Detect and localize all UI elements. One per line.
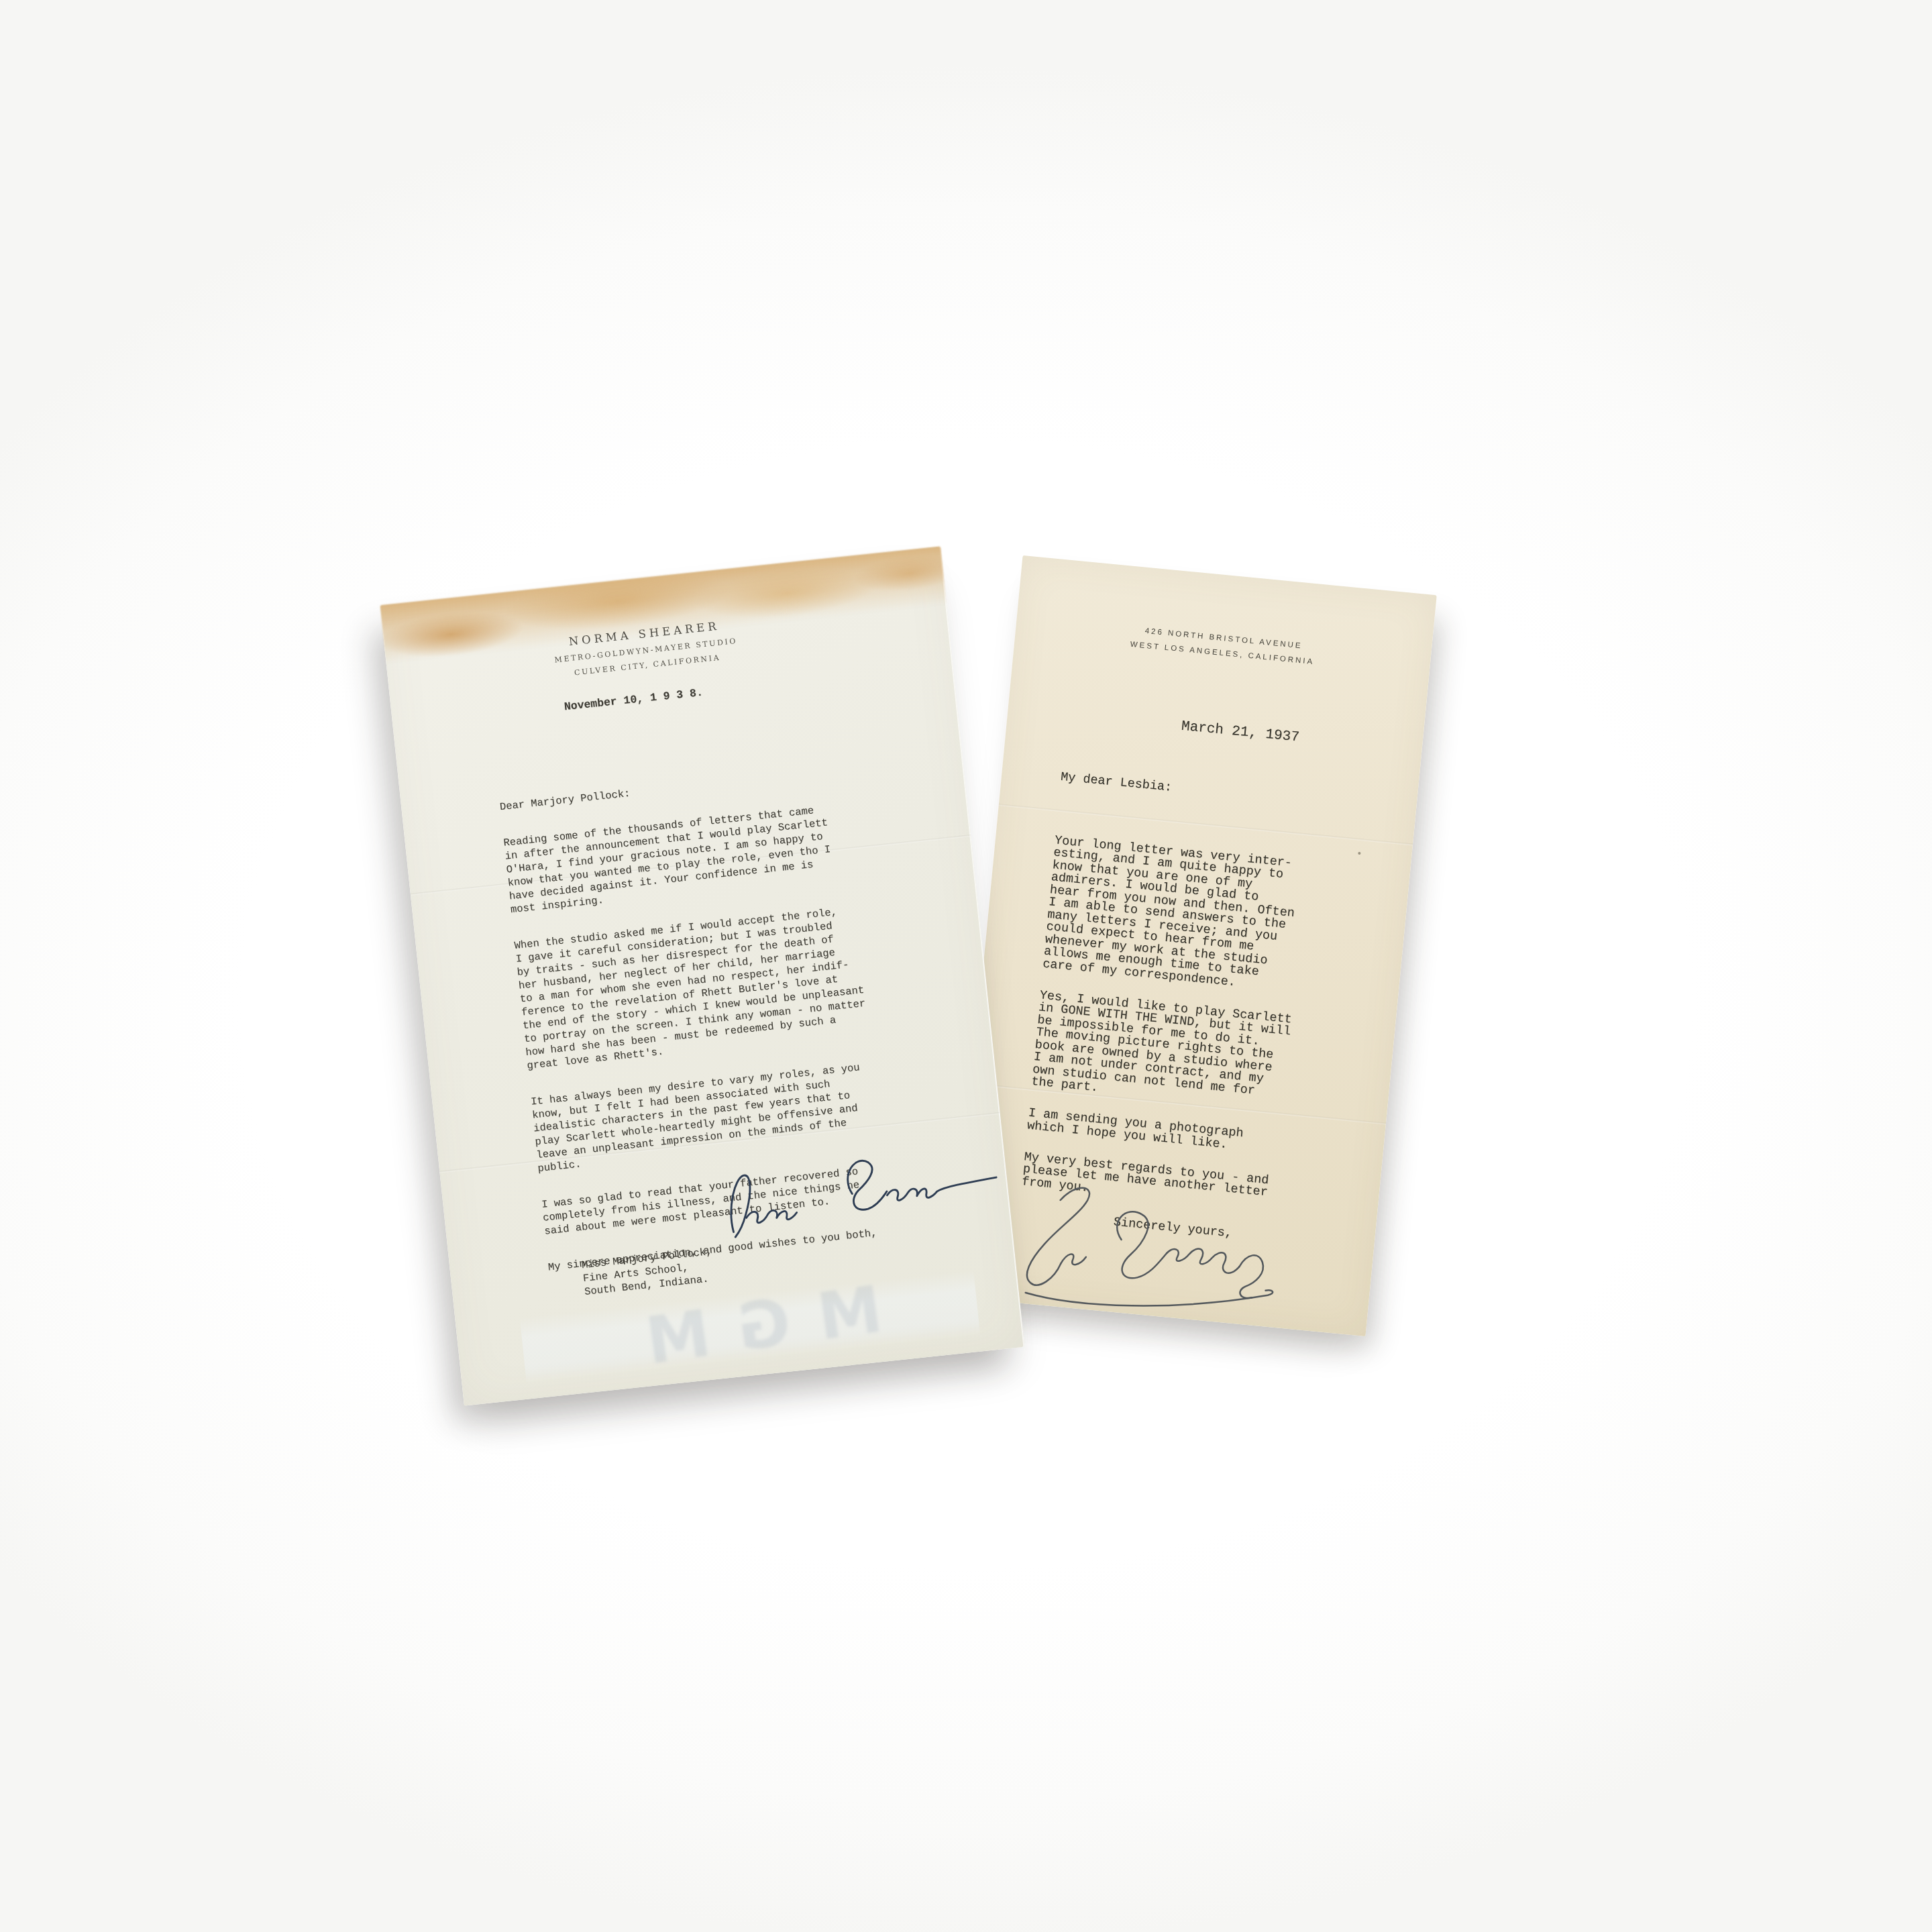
right-letterhead: 426 NORTH BRISTOL AVENUE WEST LOS ANGELE… — [1014, 611, 1431, 680]
right-letter-paragraph: Yes, I would like to play Scarlett in GO… — [1031, 989, 1320, 1115]
left-letter-paragraph: When the studio asked me if I would acce… — [514, 901, 894, 1073]
left-letter-paragraph: Reading some of the thousands of letters… — [503, 798, 877, 917]
right-letter-paper: 426 NORTH BRISTOL AVENUE WEST LOS ANGELE… — [951, 555, 1437, 1336]
ink-speck — [1358, 852, 1360, 855]
joan-crawford-signature — [982, 1165, 1297, 1330]
mirrored-showthrough-text: MGM — [614, 1277, 885, 1377]
right-letter-date: March 21, 1937 — [1058, 707, 1423, 757]
right-letter-paragraph: I am sending you a photograph which I ho… — [1026, 1108, 1308, 1159]
right-letter-salutation: My dear Lesbia: — [1060, 771, 1340, 810]
photo-backdrop: 426 NORTH BRISTOL AVENUE WEST LOS ANGELE… — [0, 0, 1932, 1932]
right-letter-paragraph: Your long letter was very inter- esting,… — [1042, 835, 1334, 998]
left-letter-paper: NORMA SHEARER METRO-GOLDWYN-MAYER STUDIO… — [380, 546, 1025, 1405]
